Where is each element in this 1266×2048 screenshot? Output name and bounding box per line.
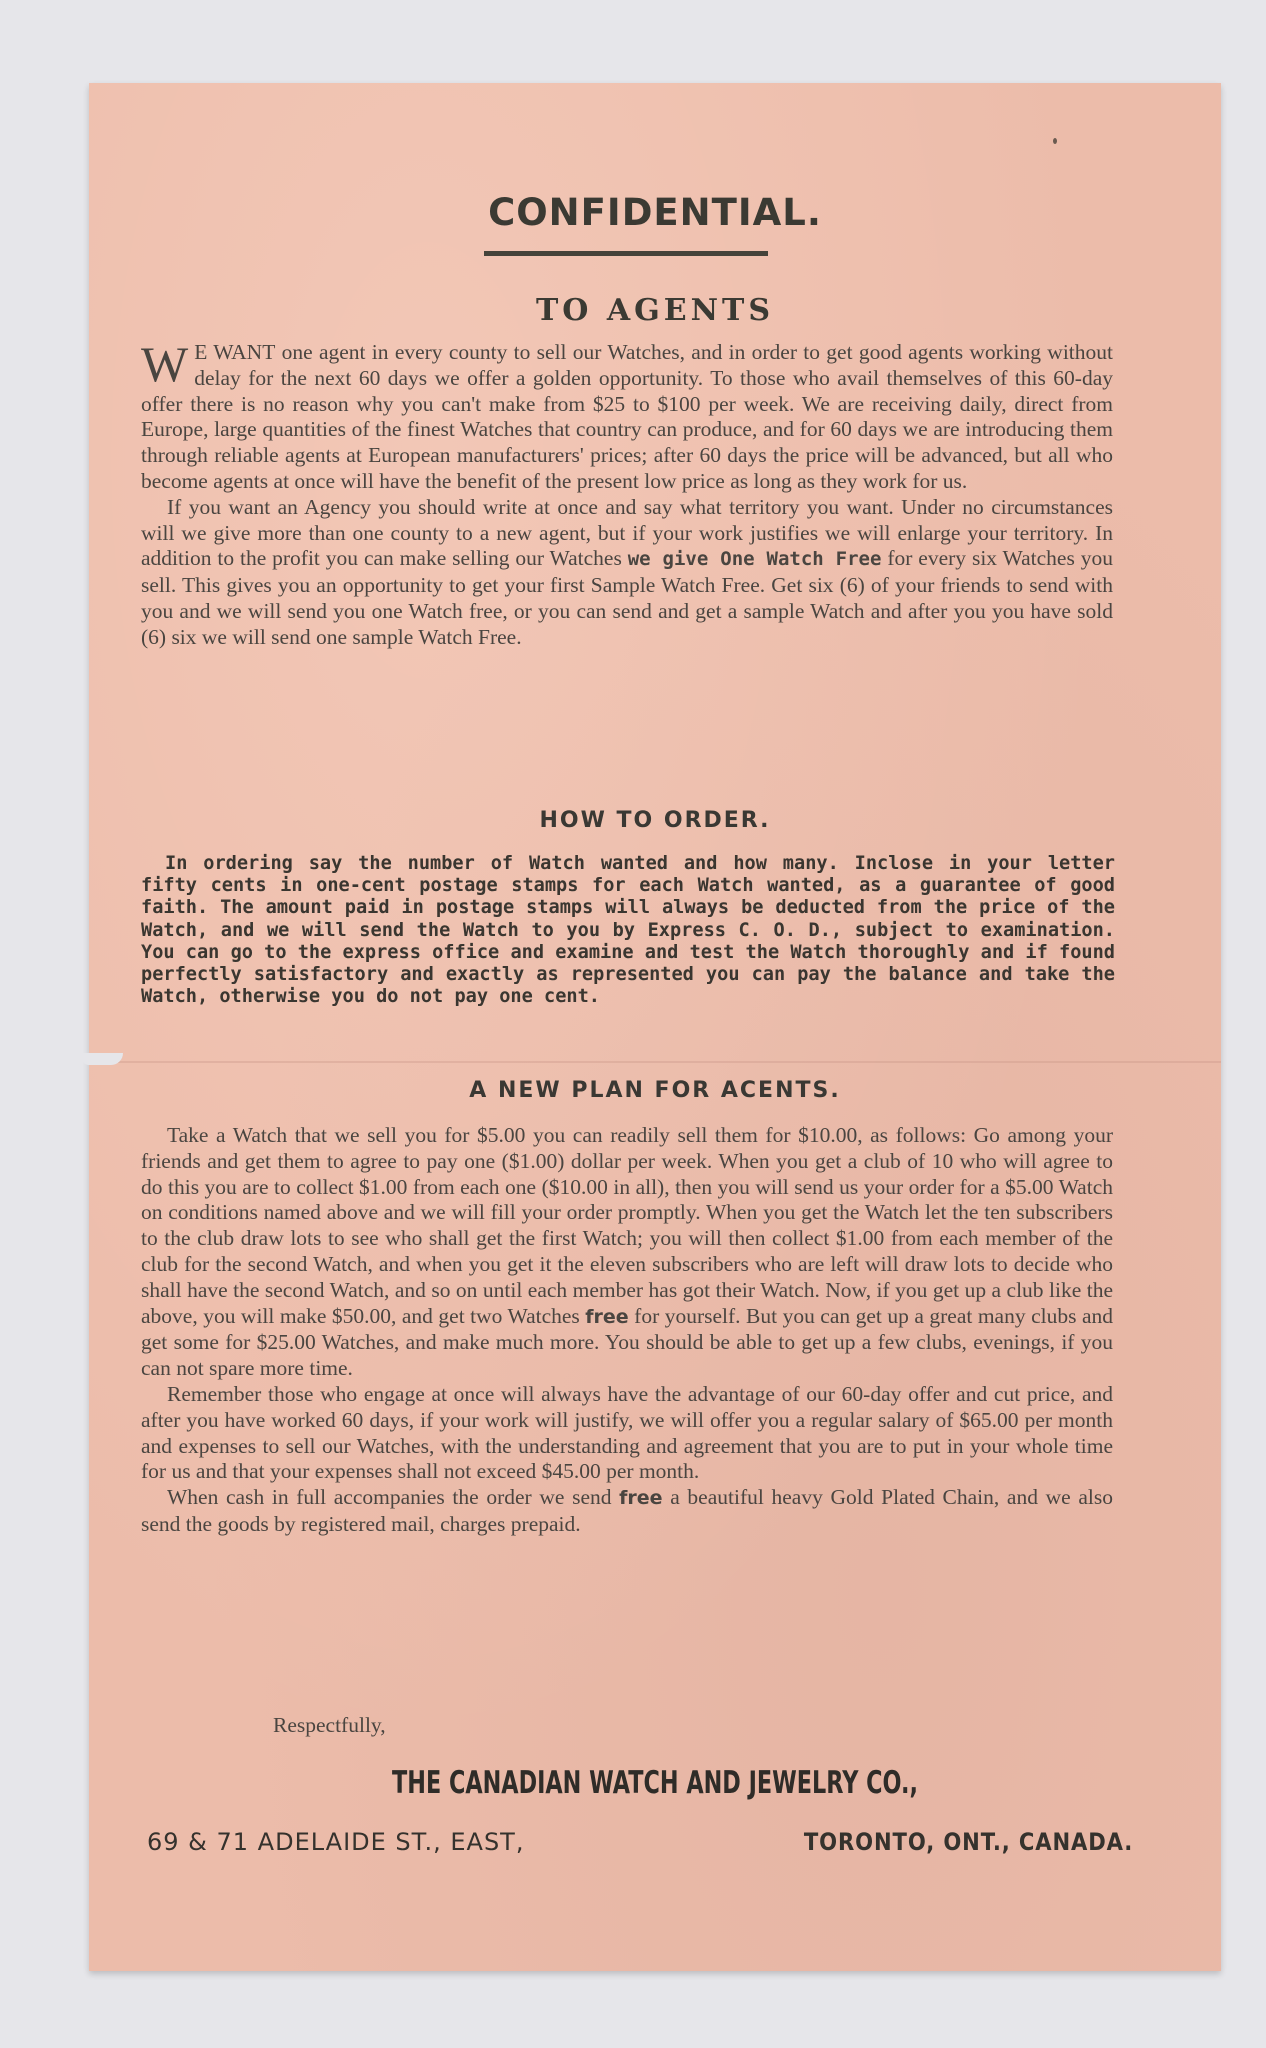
new-plan-paragraph-3: When cash in full accompanies the order …: [141, 1485, 1113, 1538]
new-plan-heading: A NEW PLAN FOR ACENTS.: [89, 1078, 1221, 1103]
intro-paragraph-1-text: one agent in every county to sell our Wa…: [141, 340, 1113, 493]
lead-in-caps: E WANT: [194, 340, 275, 364]
new-plan-section: Take a Watch that we sell you for $5.00 …: [141, 1123, 1113, 1538]
free-chain-emphasis: free: [619, 1487, 662, 1509]
flyer-page: CONFIDENTIAL. TO AGENTS WE WANT one agen…: [89, 83, 1221, 1971]
new-plan-paragraph-1: Take a Watch that we sell you for $5.00 …: [141, 1123, 1113, 1382]
drop-cap-letter: W: [141, 342, 188, 386]
paper-tear-notch: [83, 1053, 123, 1065]
free-emphasis: free: [585, 1306, 628, 1328]
city-address: TORONTO, ONT., CANADA.: [804, 1828, 1133, 1856]
how-to-order-paragraph: In ordering say the number of Watch want…: [141, 853, 1115, 1008]
paper-fold-crease: [89, 1061, 1221, 1063]
title-underline-rule: [484, 251, 768, 256]
new-plan-paragraph-1-text-a: Take a Watch that we sell you for $5.00 …: [141, 1123, 1113, 1328]
document-subtitle: TO AGENTS: [89, 293, 1221, 328]
company-name: THE CANADIAN WATCH AND JEWELRY CO.,: [247, 1765, 1062, 1801]
new-plan-paragraph-3-text-a: When cash in full accompanies the order …: [167, 1485, 619, 1509]
how-to-order-heading: HOW TO ORDER.: [89, 808, 1221, 833]
street-address: 69 & 71 ADELAIDE ST., EAST,: [147, 1828, 524, 1856]
document-title: CONFIDENTIAL.: [89, 191, 1221, 234]
new-plan-paragraph-2: Remember those who engage at once will a…: [141, 1382, 1113, 1485]
how-to-order-section: In ordering say the number of Watch want…: [141, 853, 1115, 1008]
intro-paragraph-1: WE WANT one agent in every county to sel…: [141, 340, 1113, 495]
free-watch-offer-emphasis: we give One Watch Free: [628, 548, 882, 570]
intro-paragraph-2: If you want an Agency you should write a…: [141, 495, 1113, 651]
ink-speck: [1053, 138, 1057, 144]
intro-section: WE WANT one agent in every county to sel…: [141, 340, 1113, 651]
closing-salutation: Respectfully,: [273, 1713, 386, 1738]
